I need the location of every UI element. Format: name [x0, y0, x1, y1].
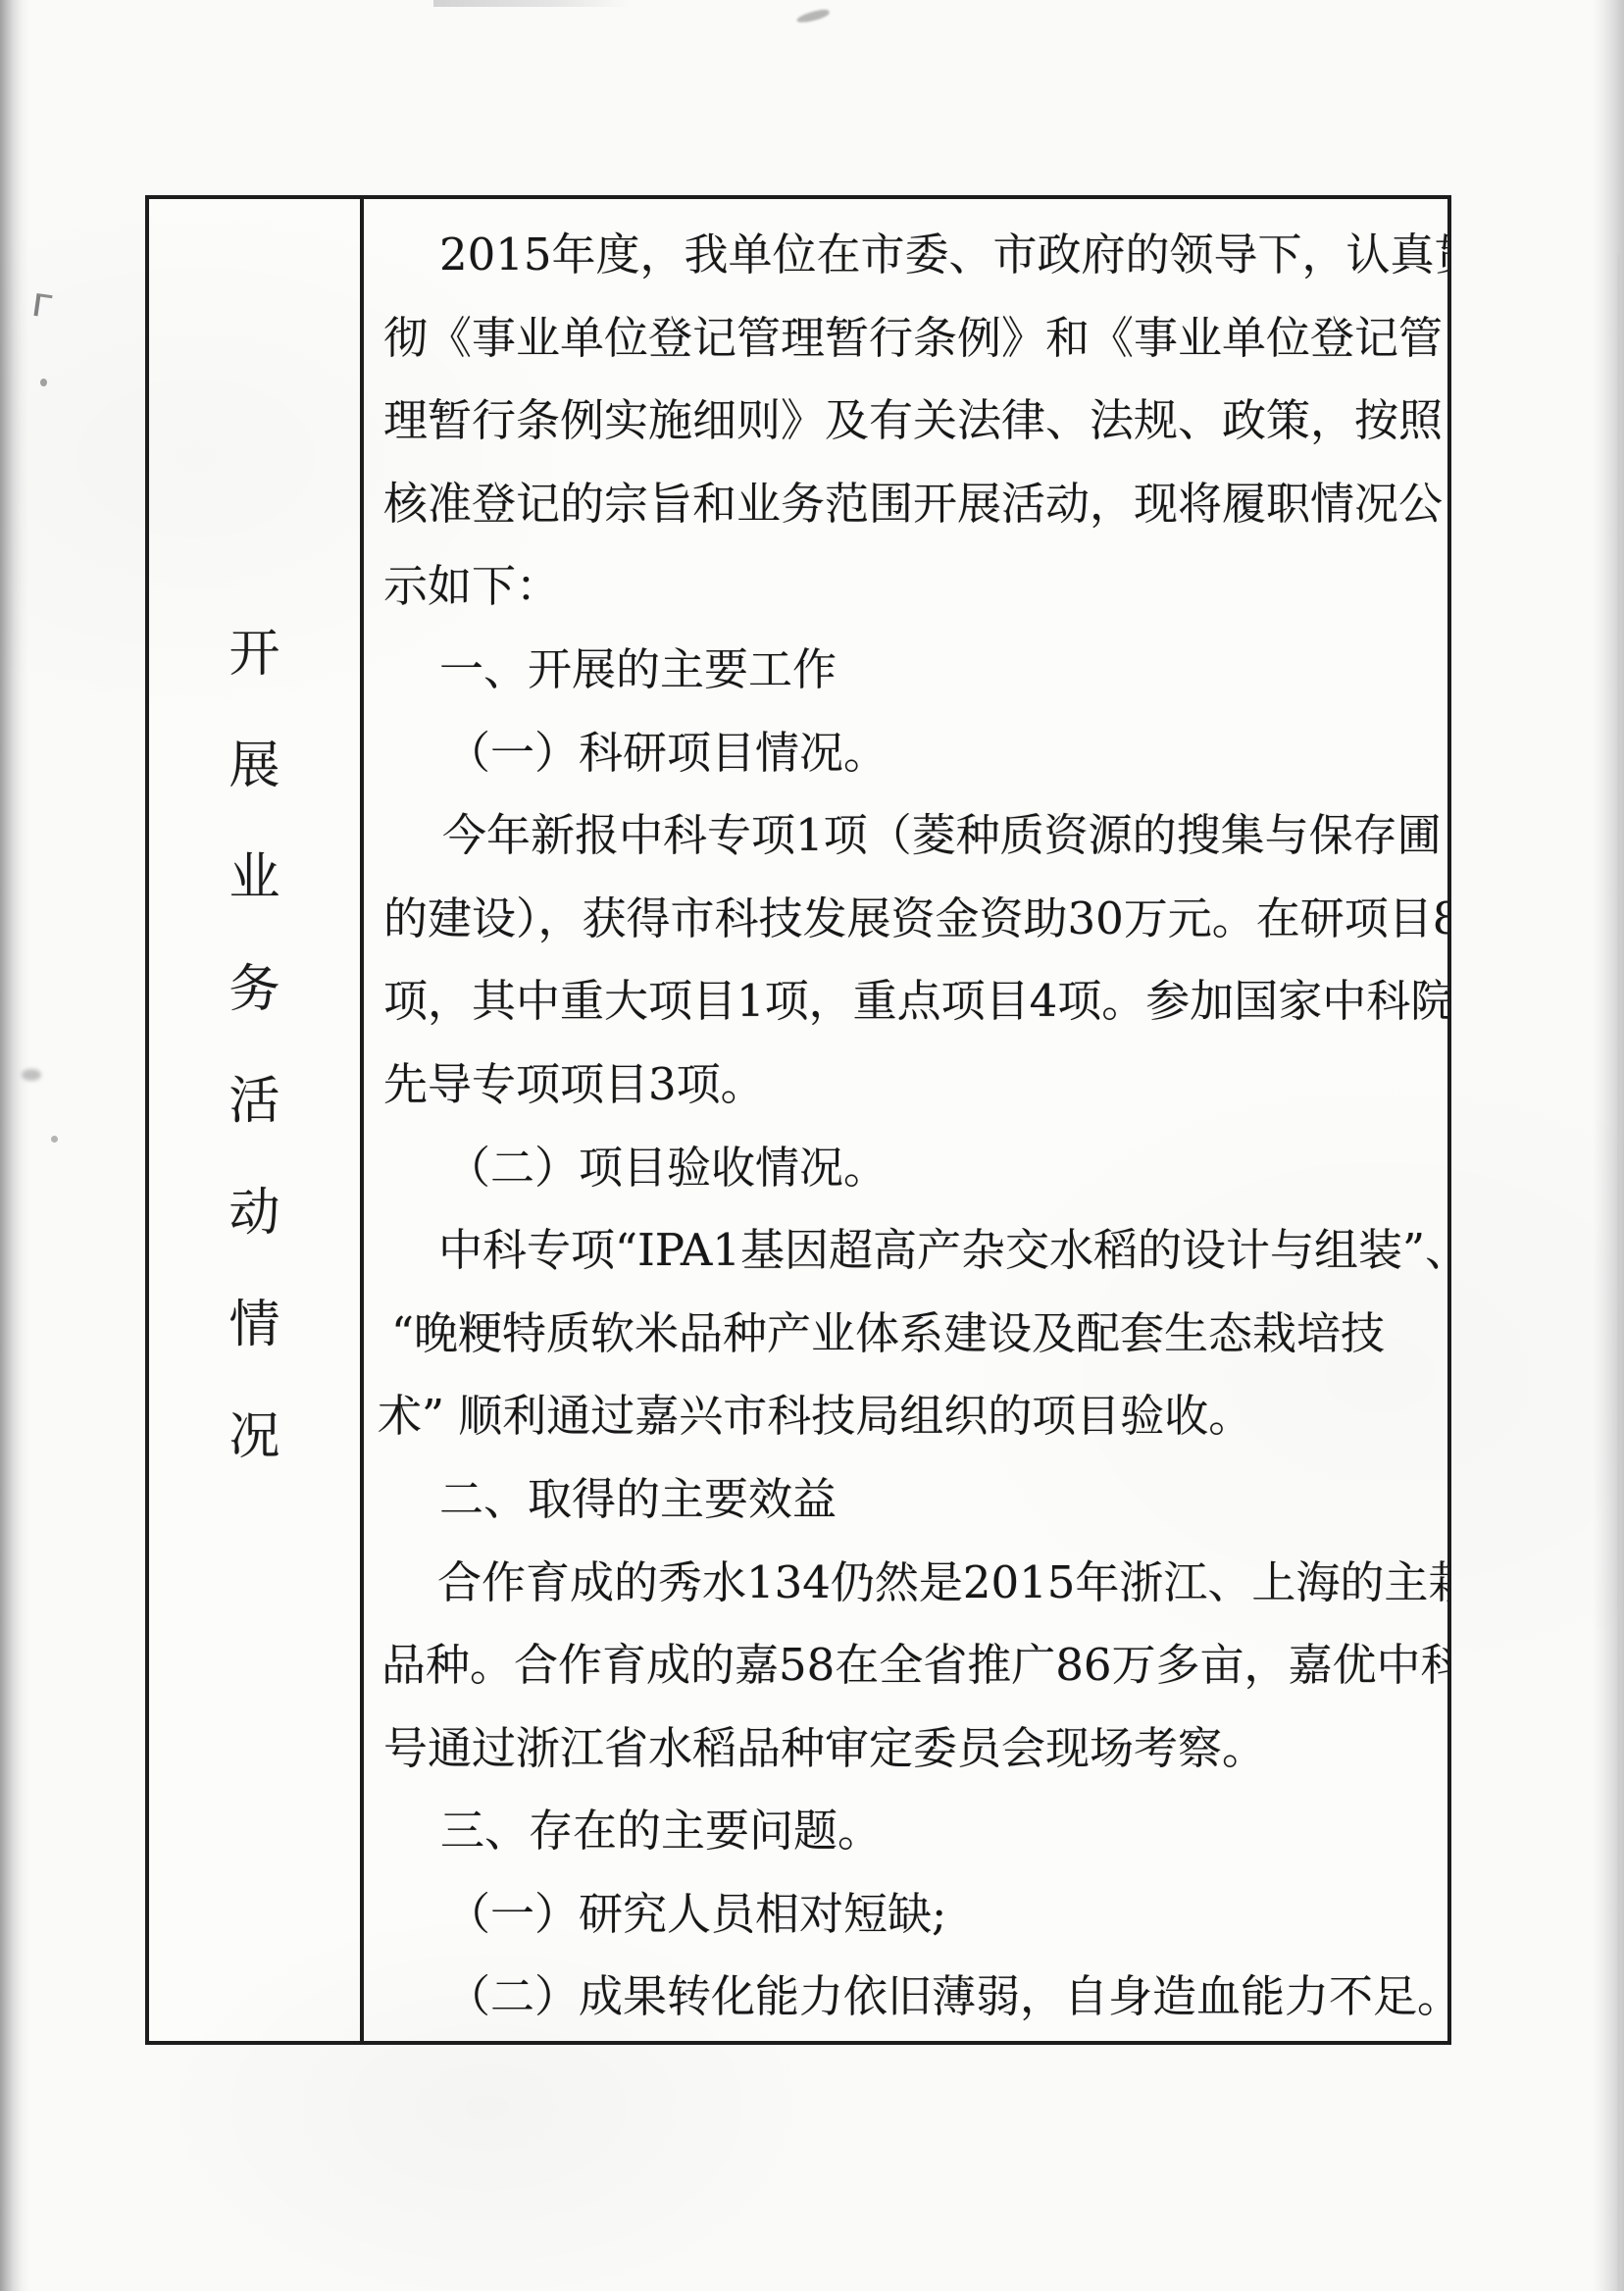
row-label-char: 业	[228, 822, 279, 934]
row-label-char: 开	[228, 598, 279, 710]
row-label-char: 动	[228, 1157, 279, 1269]
scan-smudge-top	[795, 8, 830, 25]
scan-speck	[40, 379, 47, 386]
row-label-char: 务	[228, 934, 279, 1045]
row-label-char: 展	[228, 710, 279, 822]
text-line: 理暂行条例实施细则》及有关法律、法规、政策，按照	[383, 380, 1426, 463]
scan-speck	[22, 1069, 41, 1081]
text-line: 二、取得的主要效益	[439, 1458, 1426, 1542]
text-line: （二）项目验收情况。	[446, 1127, 1426, 1210]
text-line: 今年新报中科专项1项（菱种质资源的搜集与保存圃	[442, 794, 1426, 878]
scan-smudge-top	[433, 0, 630, 7]
text-line: 项，其中重大项目1项，重点项目4项。参加国家中科院	[383, 960, 1426, 1044]
text-line: 合作育成的秀水134仍然是2015年浙江、上海的主栽	[437, 1542, 1426, 1625]
row-label: 开展业务活动情况	[149, 598, 360, 1493]
row-label-cell: 开展业务活动情况	[149, 199, 364, 2041]
text-line: 示如下：	[383, 545, 1426, 629]
page-edge-line	[1617, 255, 1620, 2291]
text-line: 2015年度，我单位在市委、市政府的领导下，认真贯	[439, 214, 1426, 297]
scanned-page: 开展业务活动情况 2015年度，我单位在市委、市政府的领导下，认真贯彻《事业单位…	[0, 0, 1624, 2291]
text-line: （一）科研项目情况。	[446, 712, 1426, 795]
report-table: 开展业务活动情况 2015年度，我单位在市委、市政府的领导下，认真贯彻《事业单位…	[145, 195, 1451, 2045]
text-line: 的建设），获得市科技发展资金资助30万元。在研项目8	[383, 878, 1426, 961]
text-line: “晚粳特质软米品种产业体系建设及配套生态栽培技	[391, 1293, 1426, 1376]
row-label-char: 情	[228, 1269, 279, 1381]
page-edge-shadow-left	[0, 0, 29, 2291]
text-line: （二）成果转化能力依旧薄弱，自身造血能力不足。	[446, 1956, 1426, 2039]
text-line: 中科专项“IPA1基因超高产杂交水稻的设计与组装”、	[438, 1209, 1426, 1293]
text-line: （一）研究人员相对短缺;	[446, 1873, 1426, 1957]
row-label-char: 况	[228, 1381, 279, 1493]
text-line: 术” 顺利通过嘉兴市科技局组织的项目验收。	[378, 1375, 1426, 1458]
text-line: 三、存在的主要问题。	[440, 1790, 1426, 1873]
text-line: 先导专项项目3项。	[383, 1044, 1426, 1127]
text-line: 号通过浙江省水稻品种审定委员会现场考察。	[383, 1707, 1426, 1791]
text-line: 彻《事业单位登记管理暂行条例》和《事业单位登记管	[383, 297, 1426, 381]
report-content-cell: 2015年度，我单位在市委、市政府的领导下，认真贯彻《事业单位登记管理暂行条例》…	[364, 199, 1447, 2041]
scan-speck	[33, 293, 52, 318]
text-line: 核准登记的宗旨和业务范围开展活动，现将履职情况公	[383, 463, 1426, 546]
text-line: 品种。合作育成的嘉58在全省推广86万多亩，嘉优中科3	[381, 1624, 1426, 1707]
scan-speck	[51, 1136, 58, 1143]
text-line: 一、开展的主要工作	[439, 629, 1426, 712]
row-label-char: 活	[228, 1045, 279, 1157]
